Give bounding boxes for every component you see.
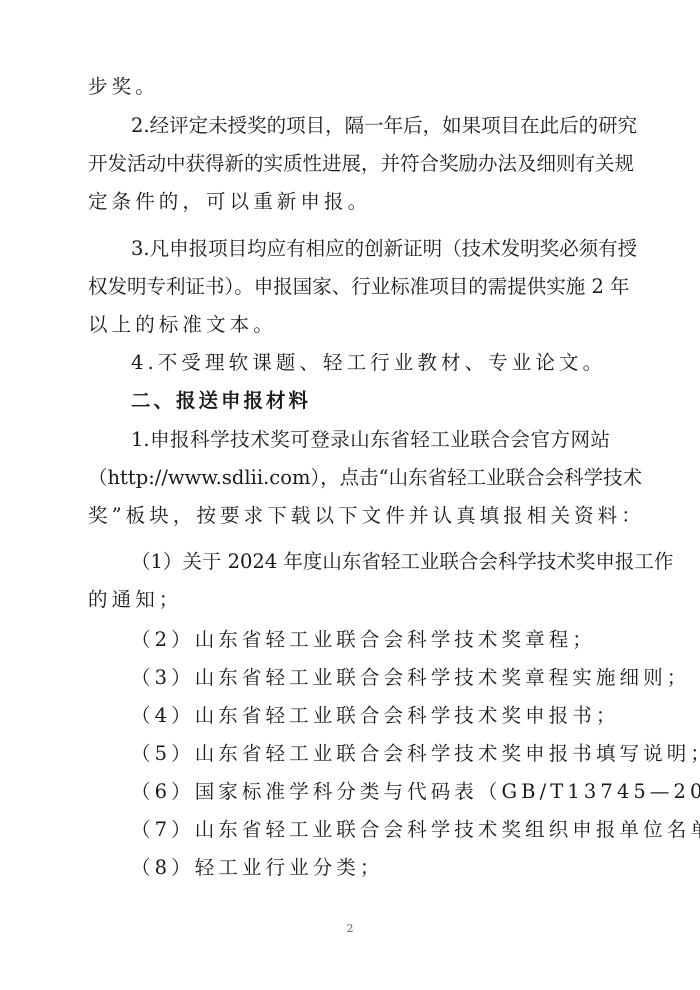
text-line: （2）山东省轻工业联合会科学技术奖章程； [131,625,596,655]
text-line: 2.经评定未授奖的项目，隔一年后，如果项目在此后的研究 [131,111,610,141]
text-line: （8）轻工业行业分类； [131,853,384,883]
text-line: （3）山东省轻工业联合会科学技术奖章程实施细则； [131,663,690,693]
text-line: 开发活动中获得新的实质性进展，并符合奖励办法及细则有关规 [88,149,610,179]
section-heading: 二、报送申报材料 [131,386,311,416]
text-line: 4.不受理软课题、轻工行业教材、专业论文。 [131,348,606,378]
text-line: （4）山东省轻工业联合会科学技术奖申报书； [131,701,620,731]
text-line: 3.凡申报项目均应有相应的创新证明（技术发明奖必须有授 [131,234,610,264]
text-line: 权发明专利证书）。申报国家、行业标准项目的需提供实施 2 年 [88,272,610,302]
text-line: 奖”板块，按要求下载以下文件并认真填报相关资料： [88,501,645,531]
text-line: （http://www.sdlii.com），点击“山东省轻工业联合会科学技术 [88,463,610,493]
text-line: 的通知； [88,585,182,615]
text-line: 以上的标准文本。 [88,310,277,340]
text-line: （7）山东省轻工业联合会科学技术奖组织申报单位名单； [131,815,700,845]
text-line: 步奖。 [88,72,159,102]
page-number: 2 [0,922,700,935]
text-line: 定条件的，可以重新申报。 [88,187,371,217]
text-line: （5）山东省轻工业联合会科学技术奖申报书填写说明； [131,739,700,769]
text-line: （6）国家标准学科分类与代码表（GB/T13745—2009）； [131,777,700,807]
text-line: （1）关于 2024 年度山东省轻工业联合会科学技术奖申报工作 [131,547,610,577]
text-line: 1.申报科学技术奖可登录山东省轻工业联合会官方网站 [131,425,610,455]
